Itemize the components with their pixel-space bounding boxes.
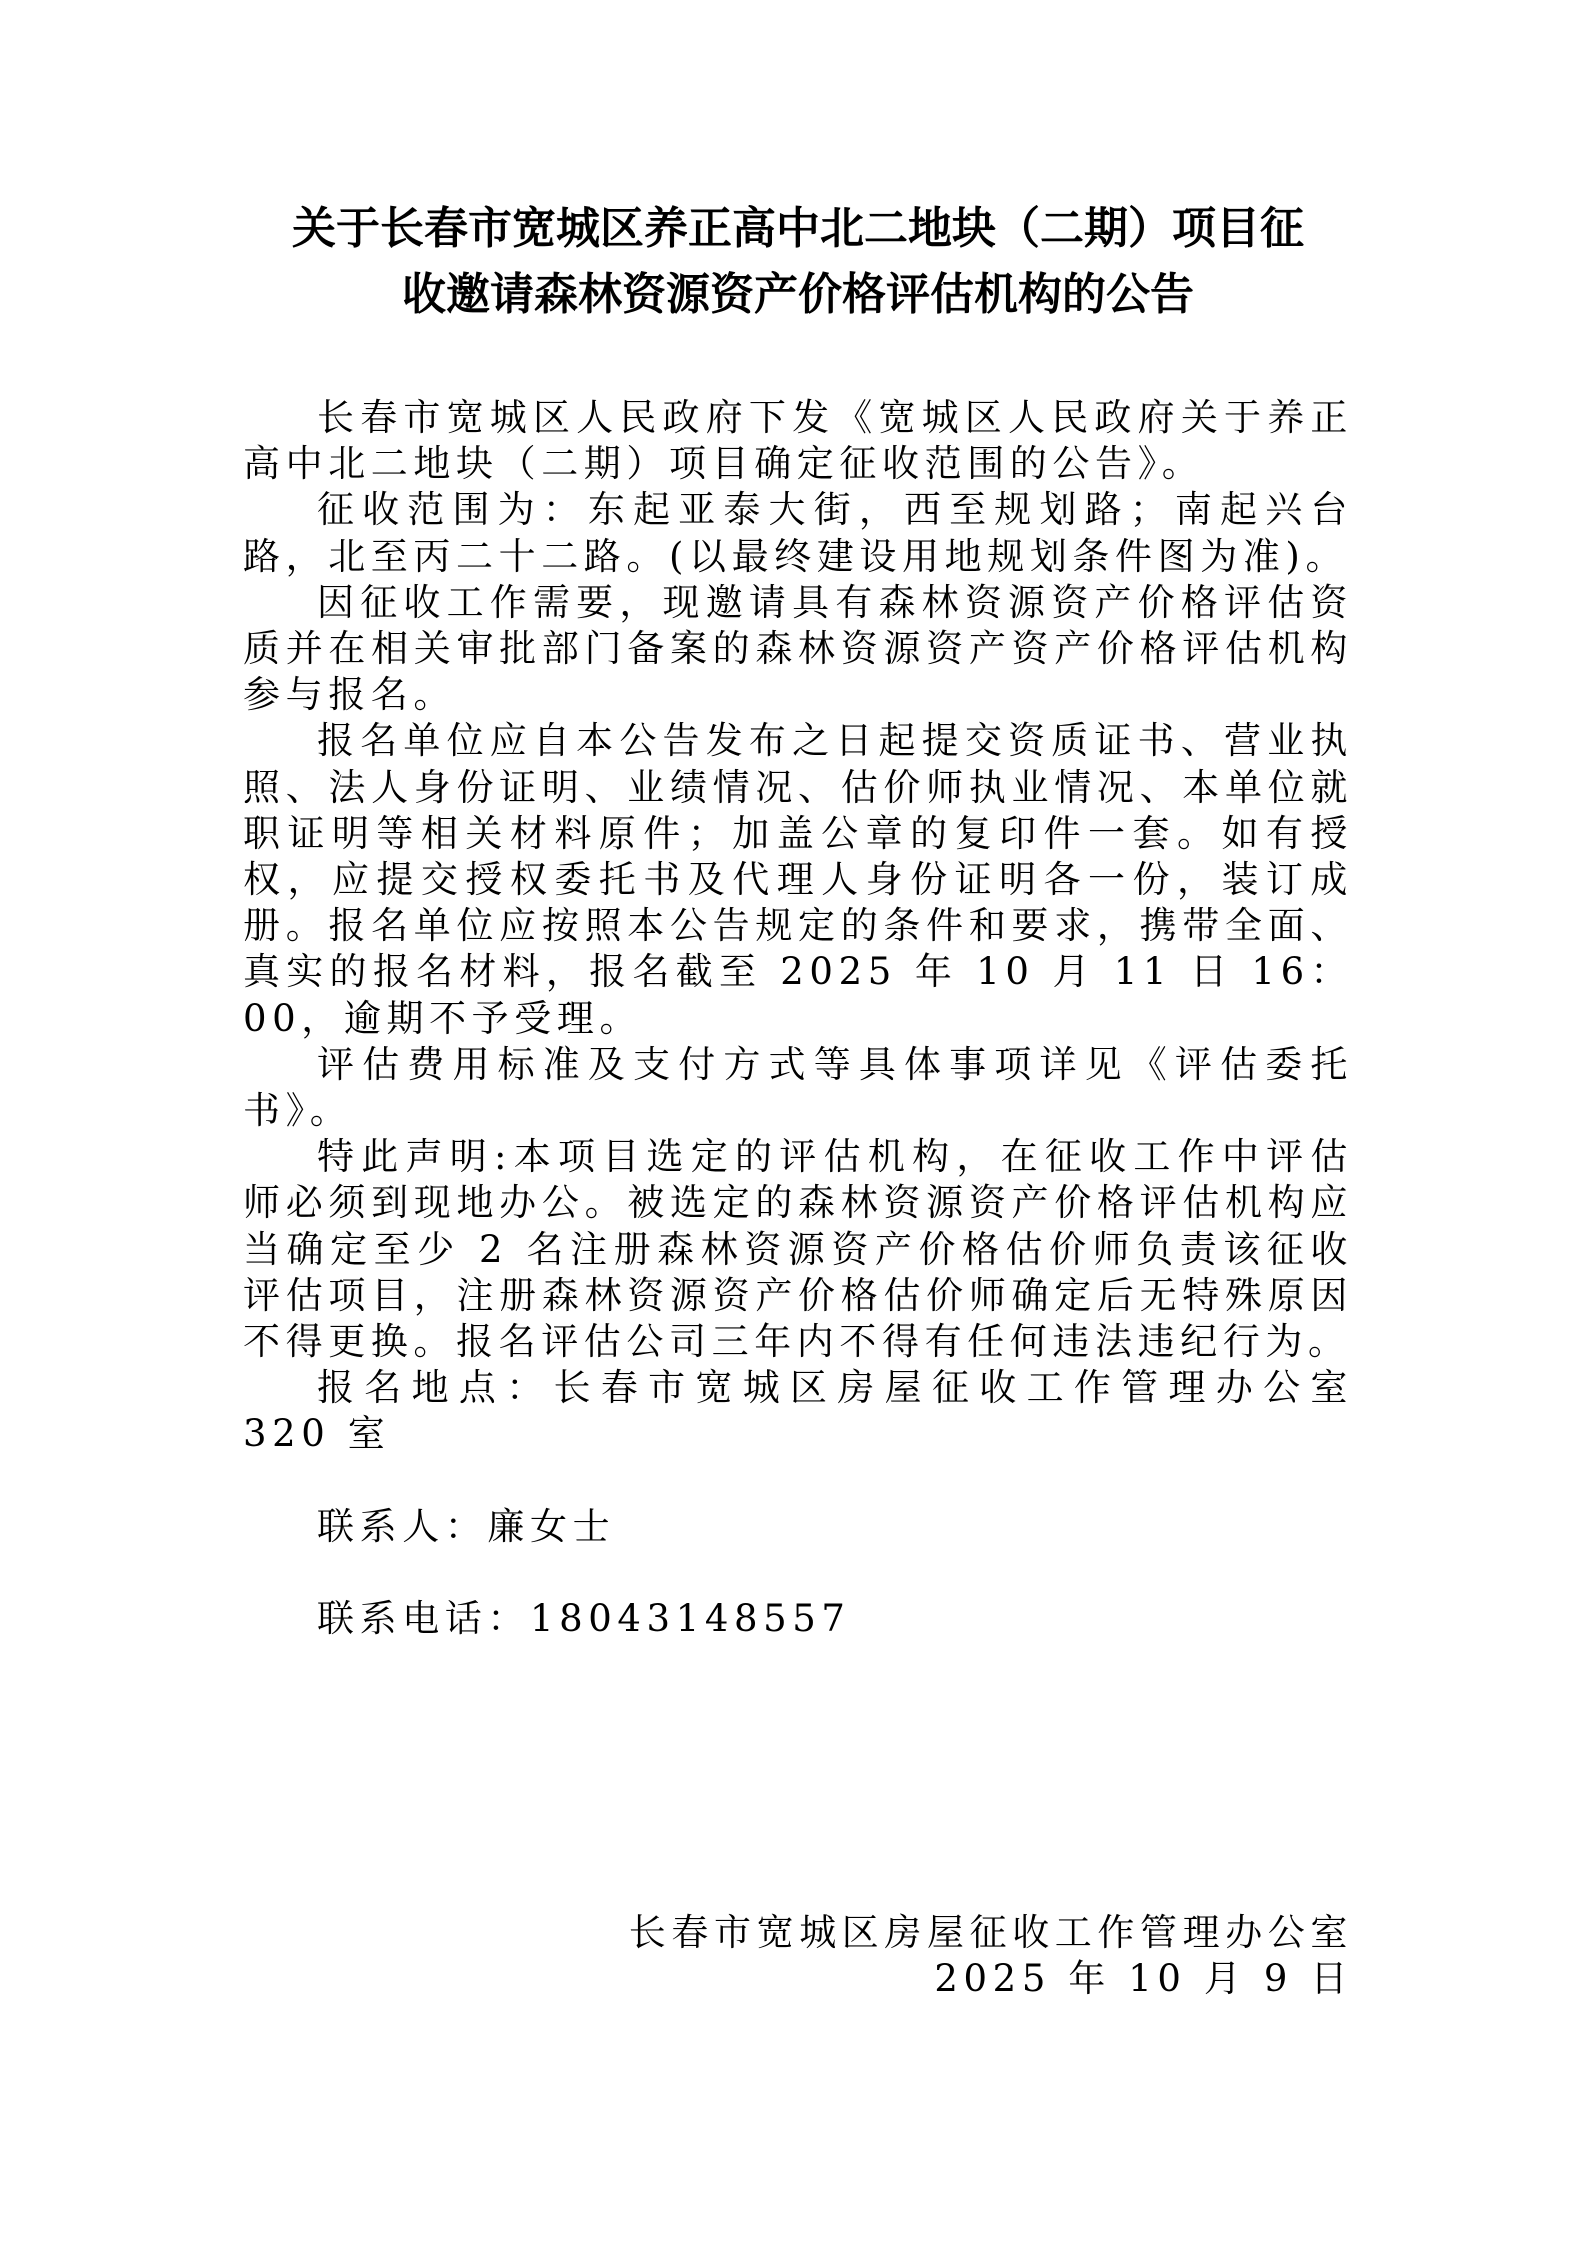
document-body: 长春市宽城区人民政府下发《宽城区人民政府关于养正高中北二地块（二期）项目确定征收… <box>243 395 1353 1642</box>
contact-phone: 联系电话：18043148557 <box>243 1596 1353 1642</box>
document-title: 关于长春市宽城区养正高中北二地块（二期）项目征 收邀请森林资源资产价格评估机构的… <box>243 196 1353 328</box>
paragraph-requirements: 报名单位应自本公告发布之日起提交资质证书、营业执照、法人身份证明、业绩情况、估价… <box>243 718 1353 1041</box>
paragraph-location: 报名地点：长春市宽城区房屋征收工作管理办公室 320 室 <box>243 1365 1353 1457</box>
paragraph-declaration: 特此声明:本项目选定的评估机构，在征收工作中评估师必须到现地办公。被选定的森林资… <box>243 1134 1353 1365</box>
paragraph-invitation: 因征收工作需要，现邀请具有森林资源资产价格评估资质并在相关审批部门备案的森林资源… <box>243 580 1353 719</box>
paragraph-scope: 征收范围为：东起亚泰大街，西至规划路；南起兴台路，北至丙二十二路。(以最终建设用… <box>243 487 1353 579</box>
title-line-2: 收邀请森林资源资产价格评估机构的公告 <box>243 262 1353 328</box>
title-line-1: 关于长春市宽城区养正高中北二地块（二期）项目征 <box>243 196 1353 262</box>
paragraph-fees: 评估费用标准及支付方式等具体事项详见《评估委托书》。 <box>243 1042 1353 1134</box>
contact-person: 联系人：廉女士 <box>243 1504 1353 1550</box>
signature-date: 2025 年 10 月 9 日 <box>629 1956 1353 2002</box>
paragraph-notice-source: 长春市宽城区人民政府下发《宽城区人民政府关于养正高中北二地块（二期）项目确定征收… <box>243 395 1353 487</box>
signature-block: 长春市宽城区房屋征收工作管理办公室 2025 年 10 月 9 日 <box>629 1910 1353 2002</box>
signature-organization: 长春市宽城区房屋征收工作管理办公室 <box>629 1910 1353 1956</box>
